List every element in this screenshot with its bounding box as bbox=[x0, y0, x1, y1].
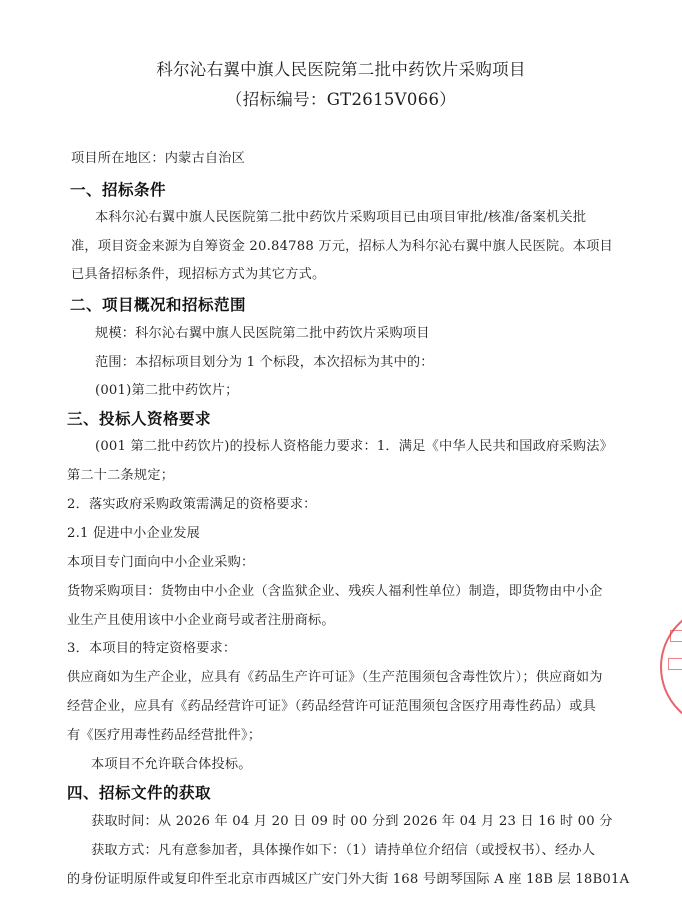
section-heading-4: 四、招标文件的获取 bbox=[67, 781, 211, 803]
section-3-line-9: 供应商如为生产企业，应具有《药品生产许可证》（生产范围须包含毒性饮片）；供应商如… bbox=[67, 669, 603, 687]
section-heading-2: 二、项目概况和招标范围 bbox=[70, 293, 246, 315]
section-4-line-3: 的身份证明原件或复印件至北京市西城区广安门外大街 168 号朗琴国际 A 座 1… bbox=[67, 871, 629, 889]
document-page: 科尔沁右翼中旗人民医院第二批中药饮片采购项目 （招标编号：GT2615V066）… bbox=[0, 0, 682, 910]
seal-mark bbox=[670, 630, 682, 642]
section-3-line-8: 3．本项目的特定资格要求： bbox=[67, 640, 236, 658]
section-3-line-7: 业生产且使用该中小企业商号或者注册商标。 bbox=[67, 612, 335, 630]
document-title: 科尔沁右翼中旗人民医院第二批中药饮片采购项目 bbox=[0, 56, 682, 80]
section-4-line-2: 获取方式：凡有意参加者，具体操作如下：（1）请持单位介绍信（或授权书）、经办人 bbox=[91, 842, 595, 860]
section-3-line-6: 货物采购项目：货物由中小企业（含监狱企业、残疾人福利性单位）制造，即货物由中小企 bbox=[67, 583, 603, 601]
section-3-line-4: 2.1 促进中小企业发展 bbox=[67, 525, 200, 543]
section-3-line-5: 本项目专门面向中小企业采购： bbox=[67, 554, 254, 572]
section-3-line-2: 第二十二条规定； bbox=[67, 467, 174, 485]
section-3-line-12: 本项目不允许联合体投标。 bbox=[91, 756, 252, 774]
section-3-line-11: 有《医疗用毒性药品经营批件》； bbox=[67, 727, 261, 745]
section-heading-1: 一、招标条件 bbox=[70, 178, 166, 200]
section-3-line-3: 2．落实政府采购政策需满足的资格要求： bbox=[67, 496, 317, 514]
section-2-line-1: 规模：科尔沁右翼中旗人民医院第二批中药饮片采购项目 bbox=[95, 325, 430, 343]
section-2-line-2: 范围：本招标项目划分为 1 个标段，本次招标为其中的： bbox=[95, 354, 434, 372]
section-2-line-3: (001)第二批中药饮片； bbox=[95, 382, 239, 400]
tender-number: （招标编号：GT2615V066） bbox=[0, 86, 682, 110]
project-region: 项目所在地区：内蒙古自治区 bbox=[71, 150, 245, 168]
section-3-line-10: 经营企业，应具有《药品经营许可证》（药品经营许可证范围须包含医疗用毒性药品）或具 bbox=[67, 698, 596, 716]
section-3-line-1: (001 第二批中药饮片)的投标人资格能力要求：1．满足《中华人民共和国政府采购… bbox=[95, 438, 613, 456]
section-heading-3: 三、投标人资格要求 bbox=[67, 407, 211, 429]
section-1-line-3: 已具备招标条件，现招标方式为其它方式。 bbox=[71, 266, 325, 284]
section-1-line-2: 准，项目资金来源为自筹资金 20.84788 万元，招标人为科尔沁右翼中旗人民医… bbox=[71, 238, 613, 256]
section-4-line-1: 获取时间：从 2026 年 04 月 20 日 09 时 00 分到 2026 … bbox=[91, 813, 613, 831]
section-1-line-1: 本科尔沁右翼中旗人民医院第二批中药饮片采购项目已由项目审批/核准/备案机关批 bbox=[95, 209, 586, 227]
seal-mark bbox=[668, 658, 682, 670]
